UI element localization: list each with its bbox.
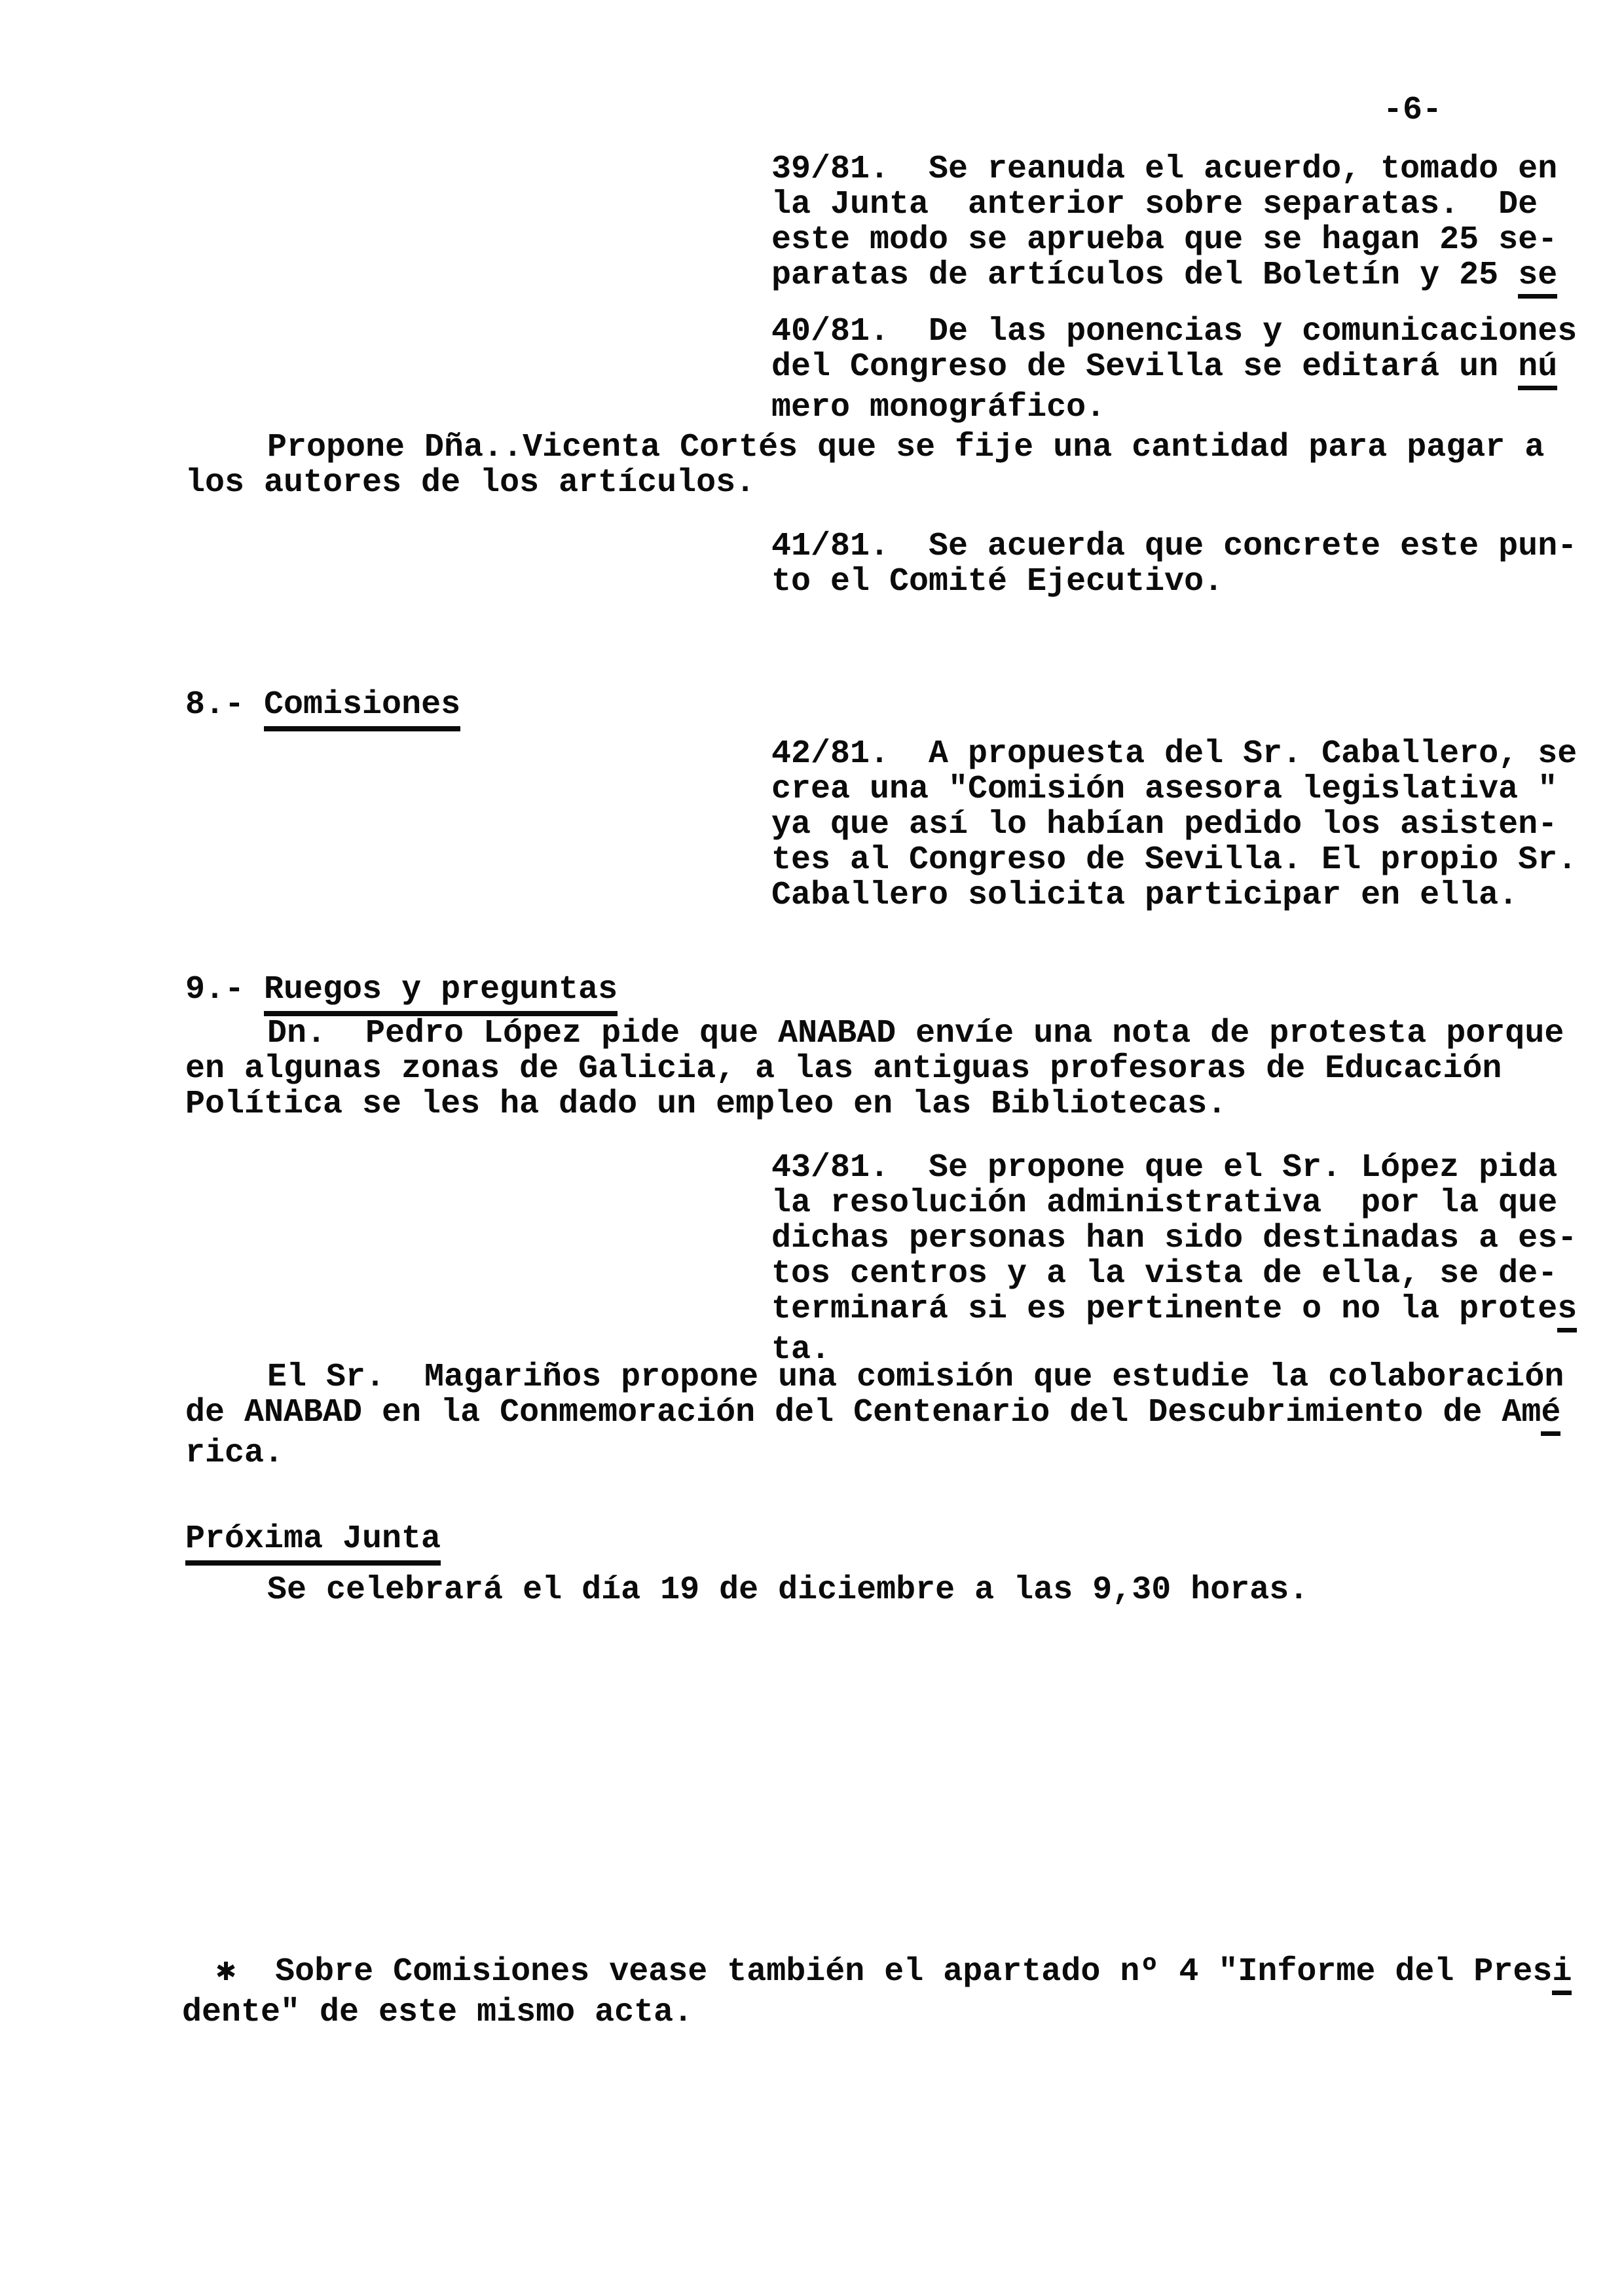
- asterisk-marker: ✱: [216, 1953, 236, 1991]
- paragraph-line: 40/81. De las ponencias y comunicaciones: [771, 314, 1577, 350]
- footnote: ✱ Sobre Comisiones vease también el apar…: [182, 1955, 1572, 2030]
- paragraph-line: terminará si es pertinente o no la prote…: [771, 1292, 1577, 1332]
- paragraph-line: crea una "Comisión asesora legislativa ": [771, 772, 1577, 807]
- line-text: Sobre Comisiones vease también el aparta…: [236, 1953, 1552, 1991]
- paragraph-line: 42/81. A propuesta del Sr. Caballero, se: [771, 737, 1577, 772]
- paragraph-lopez: Dn. Pedro López pide que ANABAD envíe un…: [185, 1016, 1564, 1122]
- paragraph-line: los autores de los artículos.: [185, 466, 1544, 501]
- paragraph-line: Se celebrará el día 19 de diciembre a la…: [267, 1573, 1308, 1608]
- paragraph-40-81: 40/81. De las ponencias y comunicaciones…: [771, 314, 1577, 426]
- page-number: -6-: [1383, 93, 1442, 128]
- section-title: Ruegos y preguntas: [264, 972, 618, 1016]
- line-text: terminará si es pertinente o no la prote: [771, 1291, 1557, 1328]
- paragraph-proxima-junta: Se celebrará el día 19 de diciembre a la…: [267, 1573, 1308, 1608]
- paragraph-line: 39/81. Se reanuda el acuerdo, tomado en: [771, 152, 1557, 187]
- underlined-syllable: i: [1552, 1955, 1572, 1995]
- paragraph-line: tos centros y a la vista de ella, se de-: [771, 1257, 1577, 1292]
- paragraph-line: en algunas zonas de Galicia, a las antig…: [185, 1052, 1564, 1087]
- paragraph-magarinos: El Sr. Magariños propone una comisión qu…: [185, 1360, 1564, 1471]
- section-heading-8: 8.- Comisiones: [185, 688, 460, 731]
- paragraph-43-81: 43/81. Se propone que el Sr. López pida …: [771, 1150, 1577, 1368]
- footnote-line: ✱ Sobre Comisiones vease también el apar…: [182, 1955, 1572, 1995]
- paragraph-line: rica.: [185, 1436, 1564, 1471]
- paragraph-line: tes al Congreso de Sevilla. El propio Sr…: [771, 843, 1577, 878]
- underlined-syllable: é: [1541, 1395, 1560, 1436]
- section-number: 8.-: [185, 686, 264, 724]
- paragraph-line: Política se les ha dado un empleo en las…: [185, 1087, 1564, 1122]
- line-text: paratas de artículos del Boletín y 25: [771, 257, 1518, 294]
- paragraph-propone: Propone Dña..Vicenta Cortés que se fije …: [185, 430, 1544, 501]
- paragraph-line: 43/81. Se propone que el Sr. López pida: [771, 1150, 1577, 1186]
- underlined-syllable: nú: [1518, 350, 1557, 390]
- section-number: 9.-: [185, 971, 264, 1008]
- paragraph-42-81: 42/81. A propuesta del Sr. Caballero, se…: [771, 737, 1577, 913]
- underlined-syllable: se: [1518, 258, 1557, 299]
- section-heading-9: 9.- Ruegos y preguntas: [185, 972, 618, 1016]
- footnote-line: dente" de este mismo acta.: [182, 1995, 1572, 2030]
- scanned-minutes-page: -6- 39/81. Se reanuda el acuerdo, tomado…: [0, 0, 1624, 2295]
- paragraph-line: de ANABAD en la Conmemoración del Centen…: [185, 1395, 1564, 1436]
- paragraph-line: ya que así lo habían pedido los asisten-: [771, 807, 1577, 843]
- underlined-syllable: s: [1557, 1292, 1577, 1332]
- paragraph-line: la Junta anterior sobre separatas. De: [771, 187, 1557, 223]
- section-title: Comisiones: [264, 688, 460, 731]
- paragraph-41-81: 41/81. Se acuerda que concrete este pun-…: [771, 529, 1577, 600]
- paragraph-line: este modo se aprueba que se hagan 25 se-: [771, 223, 1557, 258]
- paragraph-line: la resolución administrativa por la que: [771, 1186, 1577, 1221]
- paragraph-39-81: 39/81. Se reanuda el acuerdo, tomado en …: [771, 152, 1557, 299]
- paragraph-line: to el Comité Ejecutivo.: [771, 564, 1577, 600]
- paragraph-line: 41/81. Se acuerda que concrete este pun-: [771, 529, 1577, 564]
- line-text: de ANABAD en la Conmemoración del Centen…: [185, 1394, 1541, 1431]
- section-title: Próxima Junta: [185, 1522, 441, 1566]
- paragraph-line: paratas de artículos del Boletín y 25 se: [771, 258, 1557, 299]
- paragraph-line: Propone Dña..Vicenta Cortés que se fije …: [185, 430, 1544, 466]
- paragraph-line: del Congreso de Sevilla se editará un nú: [771, 350, 1577, 390]
- paragraph-line: Caballero solicita participar en ella.: [771, 878, 1577, 913]
- paragraph-line: dichas personas han sido destinadas a es…: [771, 1221, 1577, 1257]
- paragraph-line: El Sr. Magariños propone una comisión qu…: [185, 1360, 1564, 1395]
- line-text: del Congreso de Sevilla se editará un: [771, 348, 1518, 386]
- paragraph-line: Dn. Pedro López pide que ANABAD envíe un…: [185, 1016, 1564, 1052]
- paragraph-line: mero monográfico.: [771, 390, 1577, 426]
- section-heading-proxima-junta: Próxima Junta: [185, 1522, 441, 1566]
